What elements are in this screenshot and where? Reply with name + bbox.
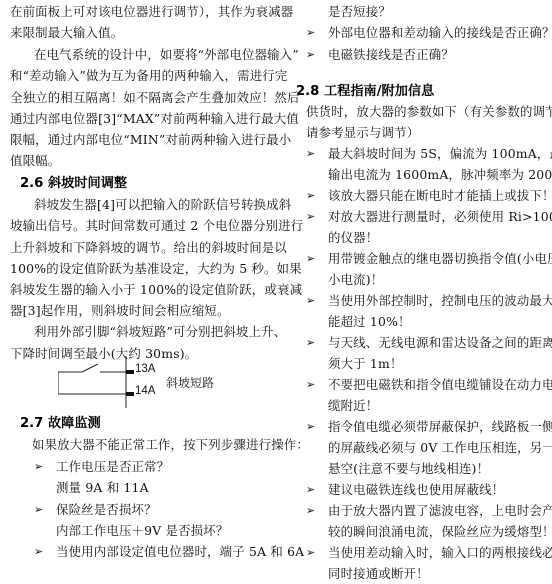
bullet-text: 的屏蔽线必须与 0V 工作电压相连，另一侧: [328, 440, 552, 456]
bullet-arrow-icon: ➢: [34, 502, 43, 518]
bullet-arrow-icon: ➢: [306, 545, 315, 561]
terminal-13a-label: 13A: [135, 363, 155, 375]
bullet-arrow-icon: ➢: [306, 293, 315, 309]
intro-line: 全独立的相互隔离！如不隔离会产生叠加效应！然后: [10, 90, 300, 106]
bullet-text: 较的瞬间浪涌电流，保险丝应为缓熔型！: [328, 524, 552, 540]
bullet-text: 外部电位器和差动输入的接线是否正确？: [328, 25, 552, 41]
bullet-text: 能超过 10%！: [328, 314, 411, 330]
bullet-arrow-icon: ➢: [34, 544, 43, 560]
section-line: 坡输出信号。其时间常数可通过 2 个电位器分别进行: [10, 218, 303, 234]
section-heading-2-7: 2.7 故障监测: [20, 416, 101, 432]
bullet-arrow-icon: ➢: [306, 503, 315, 519]
bullet-text: 当使用差动输入时，输入口的两根接线必须: [328, 545, 552, 561]
bullet-text: 电磁铁接线是否正确？: [328, 47, 454, 63]
intro-line: 来限制最大输入值。: [10, 25, 123, 41]
section-line: 斜坡发生器[4]可以把输入的阶跃信号转换成斜: [34, 197, 291, 213]
bullet-text: 建议电磁铁连线也使用屏蔽线！: [328, 482, 504, 498]
section-line: 利用外部引脚“斜坡短路”可分别把斜坡上升、: [34, 324, 286, 340]
bullet-arrow-icon: ➢: [306, 377, 315, 393]
section-line: 器[3]起作用，则斜坡时间会相应缩短。: [10, 303, 230, 319]
bullet-text: 用带镀金触点的继电器切换指令值(小电压，: [328, 251, 552, 267]
bullet-arrow-icon: ➢: [306, 335, 315, 351]
terminal-14a-label: 14A: [135, 385, 155, 397]
bullet-text: 不要把电磁铁和指令值电缆铺设在动力电: [328, 377, 552, 393]
bullet-text: 悬空(注意不要与地线相连)！: [328, 461, 489, 477]
intro-line: 值限幅。: [10, 153, 60, 169]
bullet-arrow-icon: ➢: [306, 251, 315, 267]
section-intro: 如果放大器不能正常工作，按下列步骤进行操作：: [32, 437, 309, 453]
section-line: 斜坡发生器的输入小于 100%的设定值阶跃，或衰减: [10, 282, 302, 298]
intro-line: 和“差动输入”做为互为备用的两种输入，需进行完: [10, 68, 287, 84]
intro-line: 在电气系统的设计中，如要将“外部电位器输入”: [34, 47, 299, 63]
bullet-text: 工作电压是否正常？: [56, 459, 169, 475]
bullet-text: 同时接通或断开！: [328, 566, 429, 582]
continuation-line: 是否短接？: [328, 4, 391, 20]
bullet-subtext: 内部工作电压＋9V 是否损坏？: [56, 523, 228, 539]
bullet-arrow-icon: ➢: [306, 47, 315, 63]
bullet-text: 小电流)！: [328, 272, 383, 288]
bullet-subtext: 测量 9A 和 11A: [56, 480, 149, 496]
ramp-short-diagram: 13A 14A 斜坡短路: [58, 356, 238, 408]
bullet-arrow-icon: ➢: [306, 188, 315, 204]
section-line: 100%的设定值阶跃为基准设定，大约为 5 秒。如果: [10, 261, 302, 277]
ramp-short-label: 斜坡短路: [166, 374, 214, 391]
intro-line: 在前面板上可对该电位器进行调节），其作为衰减器: [10, 4, 293, 20]
section-intro: 供货时，放大器的参数如下（有关参数的调节，: [306, 104, 552, 120]
bullet-arrow-icon: ➢: [306, 209, 315, 225]
bullet-text: 由于放大器内置了滤波电容，上电时会产生: [328, 503, 552, 519]
bullet-text: 指令值电缆必须带屏蔽保护，线路板一侧的: [328, 419, 552, 435]
bullet-arrow-icon: ➢: [306, 419, 315, 435]
bullet-text: 缆附近！: [328, 398, 378, 414]
bullet-text: 对放大器进行测量时，必须使用 Ri>100kΩ: [328, 209, 552, 225]
section-intro: 请参考显示与调节）: [306, 125, 419, 141]
section-heading-2-8: 2.8 工程指南/附加信息: [296, 84, 434, 100]
bullet-text: 输出电流为 1600mA，脉冲频率为 200Hz: [328, 167, 552, 183]
bullet-text: 该放大器只能在断电时才能插上或拔下！: [328, 188, 552, 204]
bullet-text: 的仪器！: [328, 230, 378, 246]
section-heading-2-6: 2.6 斜坡时间调整: [20, 176, 127, 192]
bullet-arrow-icon: ➢: [306, 146, 315, 162]
bullet-text: 保险丝是否损坏？: [56, 502, 157, 518]
section-line: 上升斜坡和下降斜坡的调节。给出的斜坡时间是以: [10, 240, 287, 256]
bullet-arrow-icon: ➢: [306, 25, 315, 41]
bullet-text: 与天线、无线电源和雷达设备之间的距离必: [328, 335, 552, 351]
bullet-arrow-icon: ➢: [34, 459, 43, 475]
intro-line: 限幅，通过内部电位“MIN”对前两种输入进行最小: [10, 132, 291, 148]
bullet-text: 当使用外部控制时，控制电压的波动最大不: [328, 293, 552, 309]
bullet-text: 最大斜坡时间为 5S，偏流为 100mA，最大: [328, 146, 552, 162]
bullet-text: 当使用内部设定值电位器时，端子 5A 和 6A: [56, 544, 304, 560]
bullet-text: 须大于 1m！: [328, 356, 403, 372]
intro-line: 通过内部电位器[3]“MAX”对前两种输入进行最大值: [10, 111, 299, 127]
bullet-arrow-icon: ➢: [306, 482, 315, 498]
